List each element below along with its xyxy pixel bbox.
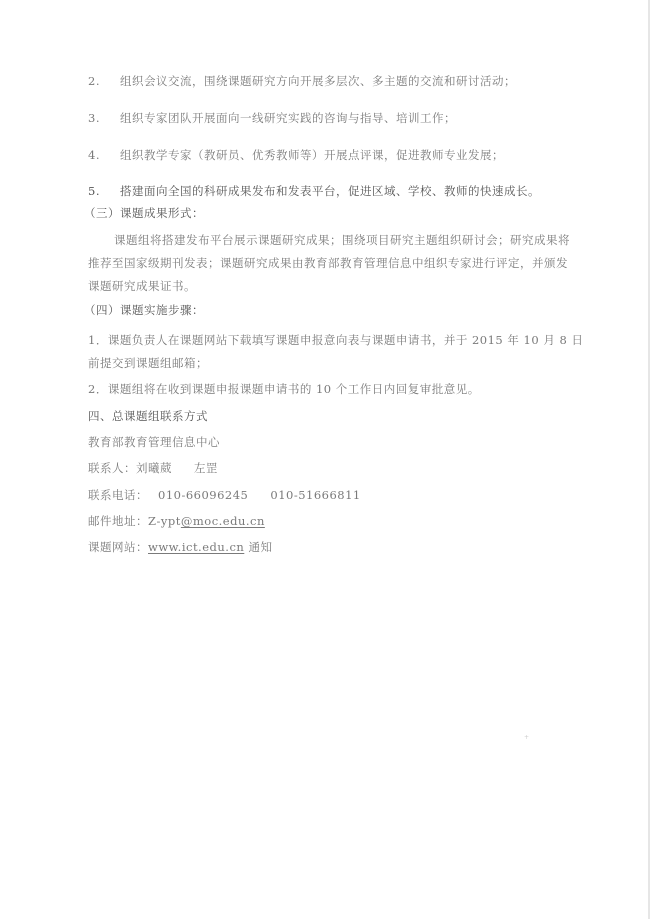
- step-2: 2．课题组将在收到课题申报课题申请书的 10 个工作日内回复审批意见。: [88, 382, 480, 396]
- section-heading-results-form: （三）课题成果形式：: [84, 206, 204, 220]
- contact-email: 邮件地址：Z-ypt@moc.edu.cn: [88, 514, 265, 528]
- contact-website-label: 课题网站：: [88, 540, 148, 554]
- contact-person-2: 左罡: [194, 461, 218, 475]
- scan-speck: +: [524, 735, 527, 738]
- contact-heading: 四、总课题组联系方式: [88, 409, 208, 423]
- list-number: 4.: [88, 148, 120, 162]
- list-text: 组织教学专家（教研员、优秀教师等）开展点评课，促进教师专业发展；: [120, 148, 504, 162]
- list-text: 搭建面向全国的科研成果发布和发表平台，促进区域、学校、教师的快速成长。: [120, 184, 540, 198]
- list-number: 2.: [88, 74, 120, 88]
- step-1-line-2: 前提交到课题组邮箱；: [88, 356, 208, 370]
- contact-website-link[interactable]: www.ict.edu.cn: [148, 540, 244, 554]
- list-item-5: 5.搭建面向全国的科研成果发布和发表平台，促进区域、学校、教师的快速成长。: [88, 184, 540, 198]
- list-number: 3.: [88, 111, 120, 125]
- contact-email-label: 邮件地址：: [88, 514, 148, 528]
- paragraph-line: 课题研究成果证书。: [88, 279, 196, 293]
- contact-person-label: 联系人：: [88, 461, 136, 475]
- paragraph-line: 课题组将搭建发布平台展示课题研究成果；围绕项目研究主题组织研讨会；研究成果将: [114, 233, 570, 247]
- list-number: 5.: [88, 184, 120, 198]
- contact-phone-label: 联系电话：: [88, 488, 148, 502]
- contact-persons: 联系人：刘曦葳左罡: [88, 461, 218, 475]
- contact-website: 课题网站：www.ict.edu.cn 通知: [88, 540, 272, 554]
- step-1-line-1: 1．课题负责人在课题网站下载填写课题申报意向表与课题申请书，并于 2015 年 …: [88, 333, 583, 347]
- contact-person-1: 刘曦葳: [136, 461, 172, 475]
- contact-website-suffix: 通知: [244, 540, 272, 554]
- list-item-2: 2.组织会议交流，围绕课题研究方向开展多层次、多主题的交流和研讨活动；: [88, 74, 516, 88]
- list-text: 组织会议交流，围绕课题研究方向开展多层次、多主题的交流和研讨活动；: [120, 74, 516, 88]
- list-text: 组织专家团队开展面向一线研究实践的咨询与指导、培训工作；: [120, 111, 456, 125]
- contact-email-link[interactable]: @moc.edu.cn: [181, 514, 265, 528]
- section-heading-implementation-steps: （四）课题实施步骤：: [84, 303, 204, 317]
- contact-phones: 联系电话：010-66096245010-51666811: [88, 488, 361, 502]
- contact-phone-1: 010-66096245: [158, 488, 248, 502]
- list-item-3: 3.组织专家团队开展面向一线研究实践的咨询与指导、培训工作；: [88, 111, 456, 125]
- document-page: 2.组织会议交流，围绕课题研究方向开展多层次、多主题的交流和研讨活动； 3.组织…: [0, 0, 650, 919]
- contact-email-prefix: Z-ypt: [148, 514, 181, 528]
- list-item-4: 4.组织教学专家（教研员、优秀教师等）开展点评课，促进教师专业发展；: [88, 148, 504, 162]
- contact-phone-2: 010-51666811: [270, 488, 360, 502]
- paragraph-line: 推荐至国家级期刊发表；课题研究成果由教育部教育管理信息中组织专家进行评定，并颁发: [88, 256, 568, 270]
- contact-org: 教育部教育管理信息中心: [88, 435, 220, 449]
